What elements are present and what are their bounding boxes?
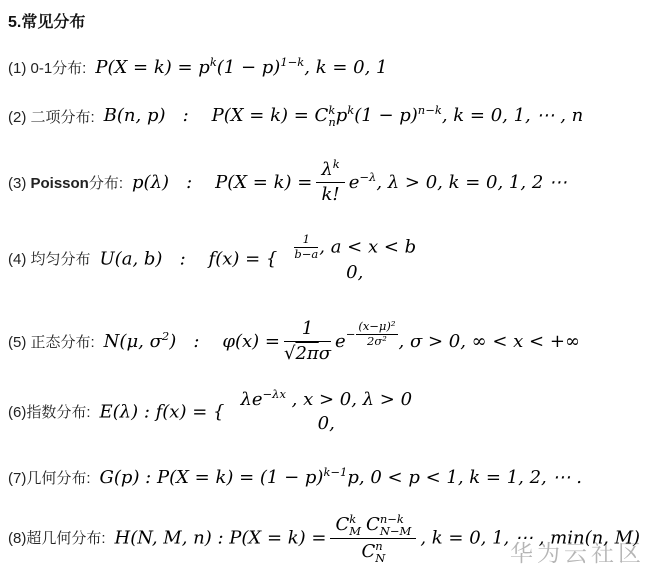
math-text: G(p) : P(X = k) = (1 − p): [100, 467, 324, 488]
math-text: p, 0 < p < 1, k = 1, 2, ⋯ .: [347, 467, 582, 488]
line-label: (1) 0-1分布:: [8, 57, 86, 78]
superscript: n: [375, 540, 385, 552]
math-text: λ: [321, 159, 332, 180]
superscript: k: [210, 55, 217, 69]
fraction-denominator: CnN: [330, 539, 416, 564]
math-text: , k = 0, 1, ⋯ , min(n, M): [420, 527, 640, 548]
subscript: N−M: [380, 525, 411, 537]
label-text: 分布:: [89, 175, 123, 192]
case-row: 1b−a, a < x < b: [293, 233, 416, 262]
fraction-denominator: √2πσ: [284, 342, 331, 366]
fraction-numerator: 1: [294, 233, 318, 248]
fraction-numerator: 1: [284, 318, 331, 343]
cases-block: 1b−a, a < x < b0,: [293, 233, 416, 286]
math-text: (1 − p): [217, 57, 281, 78]
document-page: 华为云社区 5.常见分布 (1) 0-1分布: P(X = k) = pk(1 …: [0, 0, 648, 573]
math-text: e: [335, 331, 346, 352]
math-text: N(μ, σ: [104, 331, 162, 352]
line-label: (7)几何分布:: [8, 467, 91, 488]
formula-line-03: (3) Poisson分布: p(λ) : P(X = k) =λkk!e−λ,…: [0, 159, 648, 207]
formula-line-08: (8)超几何分布: H(N, M, n) : P(X = k) =CkMCn−k…: [0, 513, 648, 564]
math-text: , k = 0, 1, ⋯ , n: [442, 106, 583, 127]
formula: H(N, M, n) : P(X = k) =CkMCn−kN−MCnN, k …: [115, 513, 641, 564]
superscript: −λx: [263, 387, 286, 401]
subscript: N: [375, 552, 385, 564]
fraction-denominator: b−a: [294, 248, 318, 262]
math-text: −: [346, 328, 356, 341]
small-fraction: 1b−a: [294, 233, 318, 262]
formula: B(n, p) : P(X = k) = Cknpk(1 − p)n−k, k …: [104, 104, 584, 129]
fraction-denominator: 2σ²: [356, 335, 397, 349]
case-row: 0,: [318, 412, 335, 436]
math-text: p(λ) : P(X = k) =: [132, 172, 312, 193]
math-text: B(n, p) : P(X = k) = C: [104, 106, 329, 127]
exponent-fraction: −(x−μ)²2σ²: [346, 320, 399, 349]
case-row: 0,: [346, 261, 363, 285]
notes-content: 5.常见分布 (1) 0-1分布: P(X = k) = pk(1 − p)1−…: [0, 0, 648, 564]
math-text: , λ > 0, k = 0, 1, 2 ⋯: [376, 172, 567, 193]
subscript: M: [349, 525, 361, 537]
fraction-denominator: k!: [316, 183, 344, 207]
formula: G(p) : P(X = k) = (1 − p)k−1p, 0 < p < 1…: [100, 466, 582, 490]
formula-line-05: (5) 正态分布: N(μ, σ2) : φ(x) =1√2πσe−(x−μ)²…: [0, 318, 648, 366]
formula: N(μ, σ2) : φ(x) =1√2πσe−(x−μ)²2σ², σ > 0…: [104, 318, 580, 366]
superscript: k: [333, 157, 340, 171]
superscript: n−k: [380, 513, 411, 525]
math-text: , k = 0, 1: [304, 57, 387, 78]
formula-line-04: (4) 均匀分布 U(a, b) : f(x) = {1b−a, a < x <…: [0, 233, 648, 286]
superscript: −λ: [359, 170, 376, 184]
supsub-stack: kn: [328, 104, 335, 128]
math-text: , σ > 0, ∞ < x < +∞: [399, 331, 580, 352]
formula: P(X = k) = pk(1 − p)1−k, k = 0, 1: [95, 56, 387, 80]
formula-line-07: (7)几何分布: G(p) : P(X = k) = (1 − p)k−1p, …: [0, 466, 648, 490]
fraction-numerator: (x−μ)²: [356, 320, 397, 335]
superscript: n−k: [418, 104, 442, 118]
fraction: λkk!: [316, 159, 344, 207]
line-label: (6)指数分布:: [8, 401, 91, 422]
line-label: (8)超几何分布:: [8, 527, 106, 548]
supsub-stack: n−kN−M: [380, 513, 411, 537]
cases-block: λe−λx , x > 0, λ > 00,: [240, 388, 412, 437]
formula: U(a, b) : f(x) = {1b−a, a < x < b0,: [100, 233, 417, 286]
formula: E(λ) : f(x) = {λe−λx , x > 0, λ > 00,: [100, 388, 413, 437]
fraction: 1√2πσ: [284, 318, 331, 366]
line-label: (2) 二项分布:: [8, 106, 95, 127]
math-text: e: [349, 172, 360, 193]
math-text: p: [336, 106, 348, 127]
math-text: , x > 0, λ > 0: [286, 389, 412, 410]
label-bold-text: Poisson: [31, 175, 89, 192]
formula-line-01: (1) 0-1分布: P(X = k) = pk(1 − p)1−k, k = …: [0, 56, 648, 80]
line-label: (4) 均匀分布: [8, 248, 91, 269]
math-text: P(X = k) = p: [95, 57, 209, 78]
label-text: (3): [8, 175, 31, 192]
page-title: 5.常见分布: [0, 0, 648, 32]
fraction-numerator: CkMCn−kN−M: [330, 513, 416, 539]
superscript: 1−k: [280, 55, 304, 69]
subscript: n: [328, 116, 335, 128]
math-text: E(λ) : f(x) = {: [100, 401, 225, 422]
math-text: C: [335, 514, 349, 535]
fraction-numerator: λk: [316, 159, 344, 184]
superscript: k−1: [323, 465, 347, 479]
case-row: λe−λx , x > 0, λ > 0: [240, 388, 412, 412]
math-text: H(N, M, n) : P(X = k) =: [115, 527, 327, 548]
sqrt-icon: √: [284, 343, 295, 364]
math-text: C: [366, 514, 380, 535]
math-text: C: [361, 541, 375, 562]
math-text: λe: [240, 389, 262, 410]
formula: p(λ) : P(X = k) =λkk!e−λ, λ > 0, k = 0, …: [132, 159, 567, 207]
formula-line-06: (6)指数分布: E(λ) : f(x) = {λe−λx , x > 0, λ…: [0, 388, 648, 437]
sqrt-body: 2π: [295, 343, 318, 364]
small-fraction: (x−μ)²2σ²: [356, 320, 397, 349]
math-text: , a < x < b: [319, 236, 416, 257]
math-text: U(a, b) : f(x) = {: [100, 248, 278, 269]
math-text: σ: [319, 343, 331, 364]
formula-line-02: (2) 二项分布: B(n, p) : P(X = k) = Cknpk(1 −…: [0, 104, 648, 129]
math-text: (1 − p): [354, 106, 418, 127]
line-label: (5) 正态分布:: [8, 331, 95, 352]
fraction: CkMCn−kN−MCnN: [330, 513, 416, 564]
supsub-stack: kM: [349, 513, 361, 537]
math-text: ) : φ(x) =: [169, 331, 280, 352]
line-label: (3) Poisson分布:: [8, 172, 123, 193]
supsub-stack: nN: [375, 540, 385, 564]
superscript: k: [349, 513, 361, 525]
